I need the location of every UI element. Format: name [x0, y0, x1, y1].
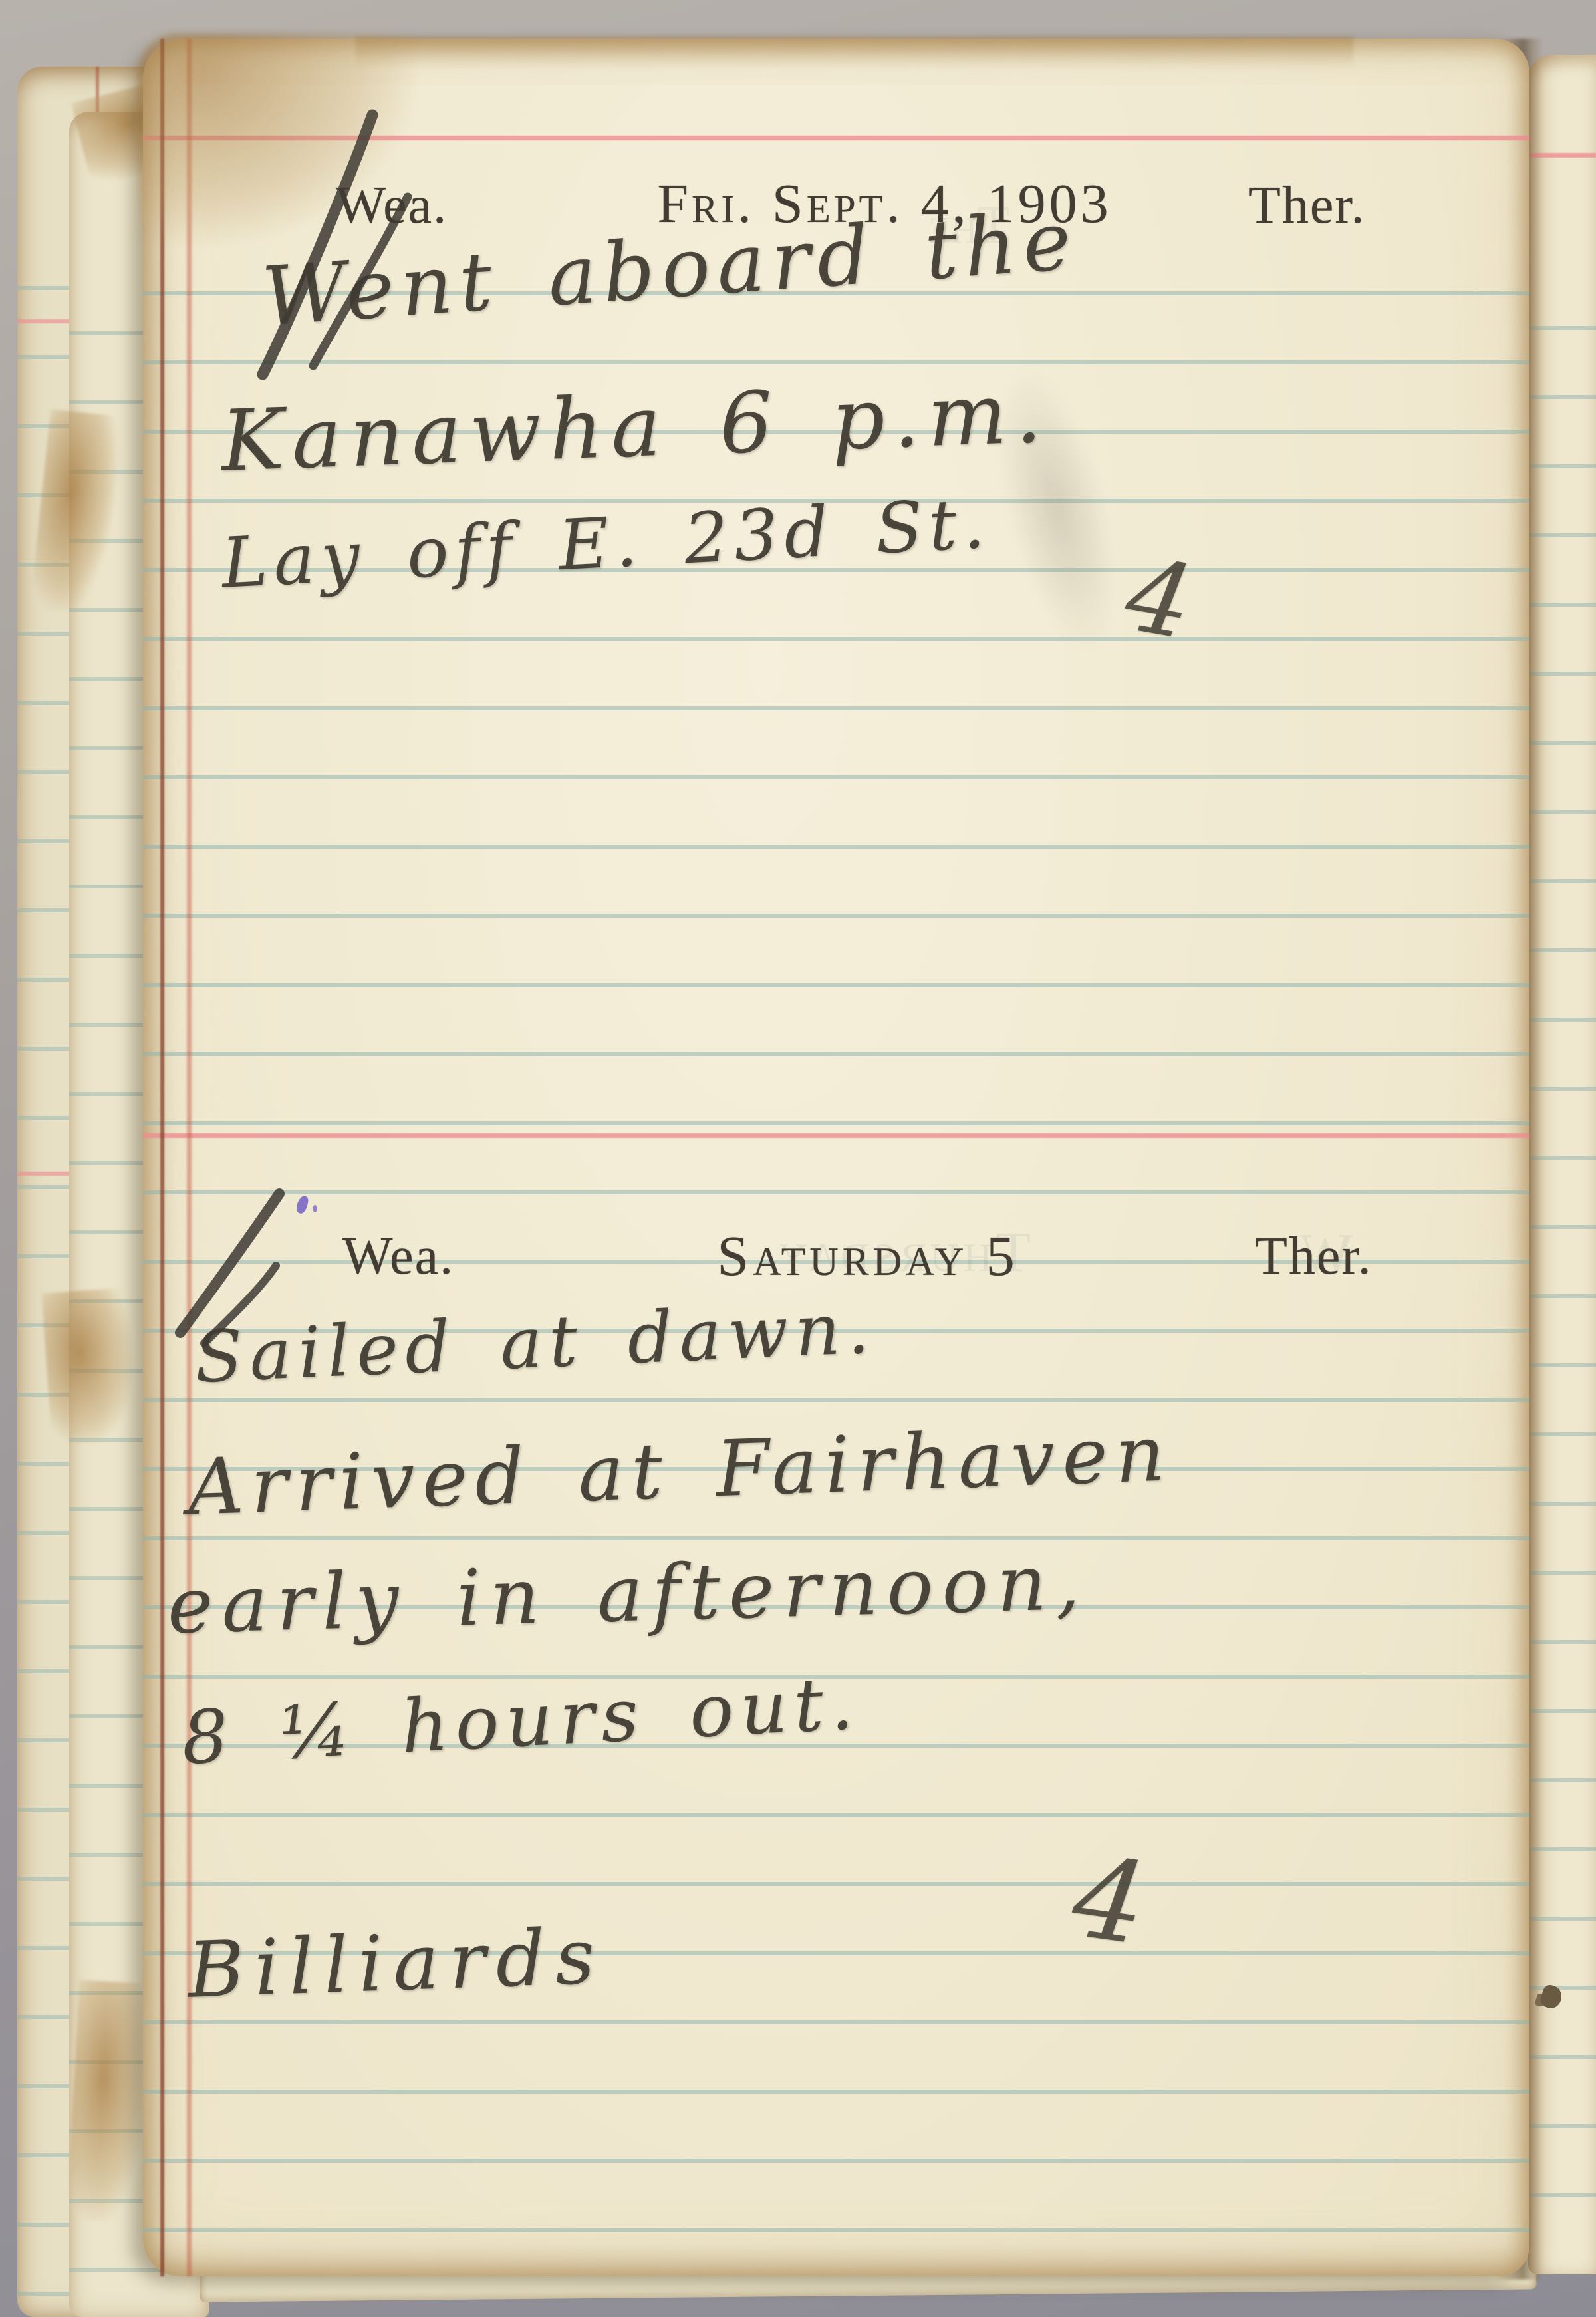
torn-paper-fragment	[67, 1980, 153, 2223]
pencil-slash-marks	[143, 39, 1529, 2276]
torn-paper-fragment	[41, 1288, 138, 1446]
diary-page: The Thursday W Wea. Fri. Sept. 4, 1903 T…	[143, 39, 1529, 2276]
photo-backdrop: The Thursday W Wea. Fri. Sept. 4, 1903 T…	[0, 0, 1596, 2317]
